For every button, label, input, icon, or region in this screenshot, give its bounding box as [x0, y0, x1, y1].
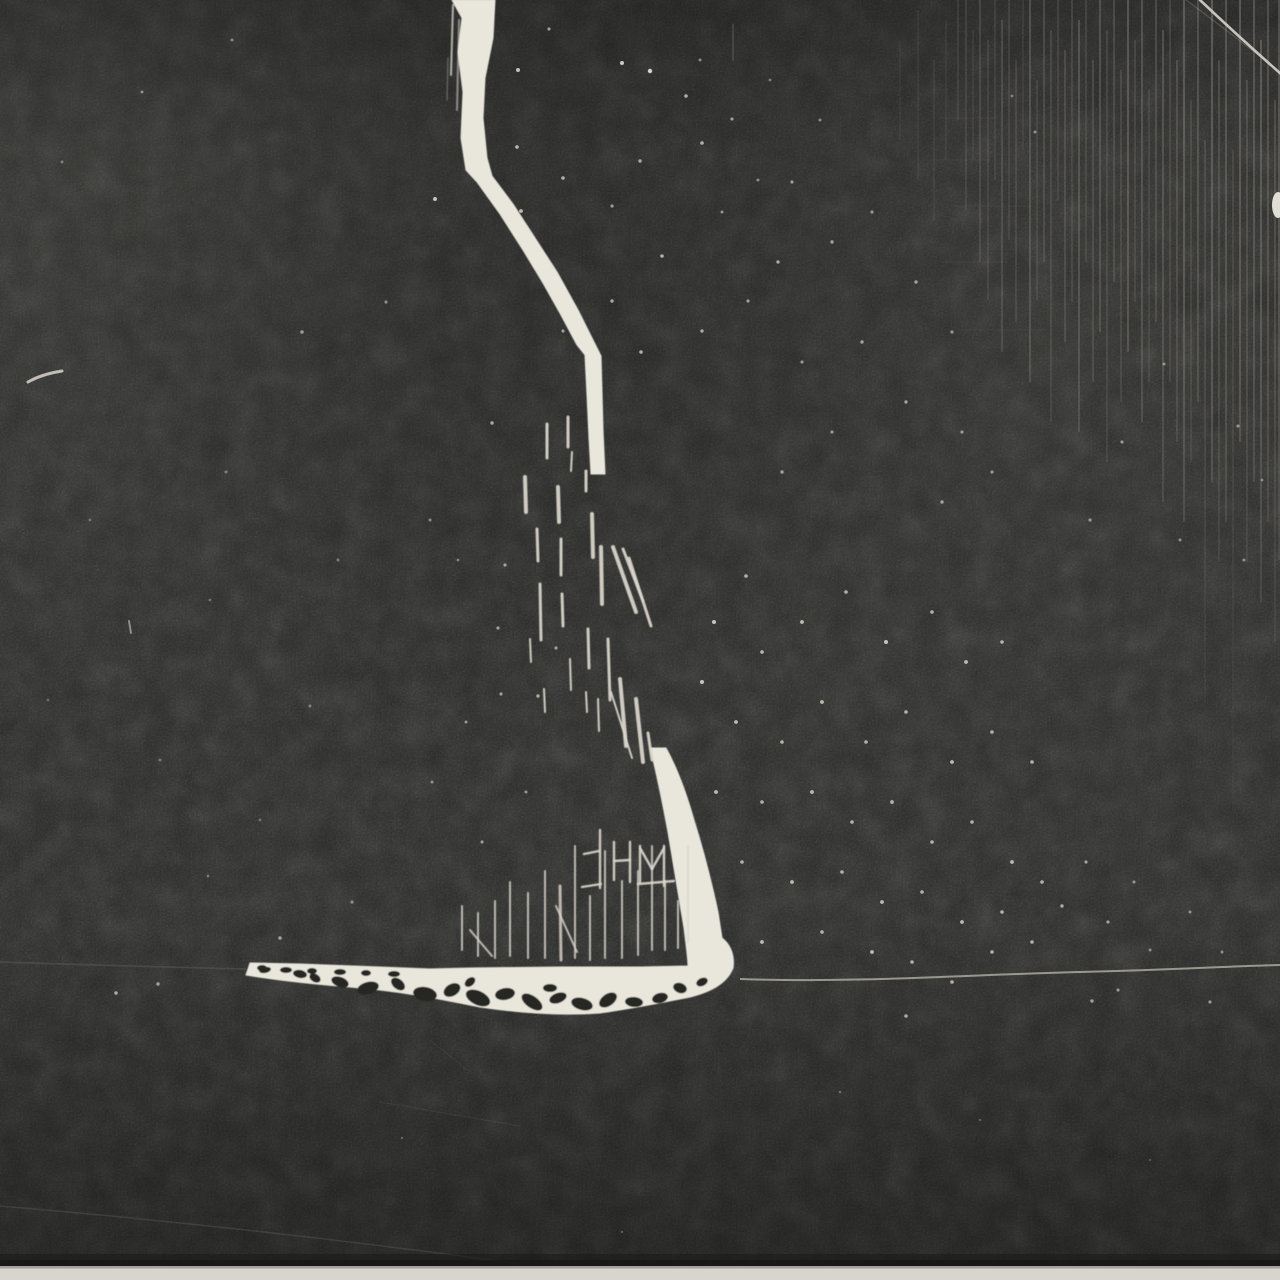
- artwork-photo: LHM: [0, 0, 1280, 1280]
- mat-edge-strip: [0, 1254, 1280, 1280]
- artwork-canvas: [0, 0, 1280, 1280]
- lighting-vignettes: [0, 0, 1280, 1280]
